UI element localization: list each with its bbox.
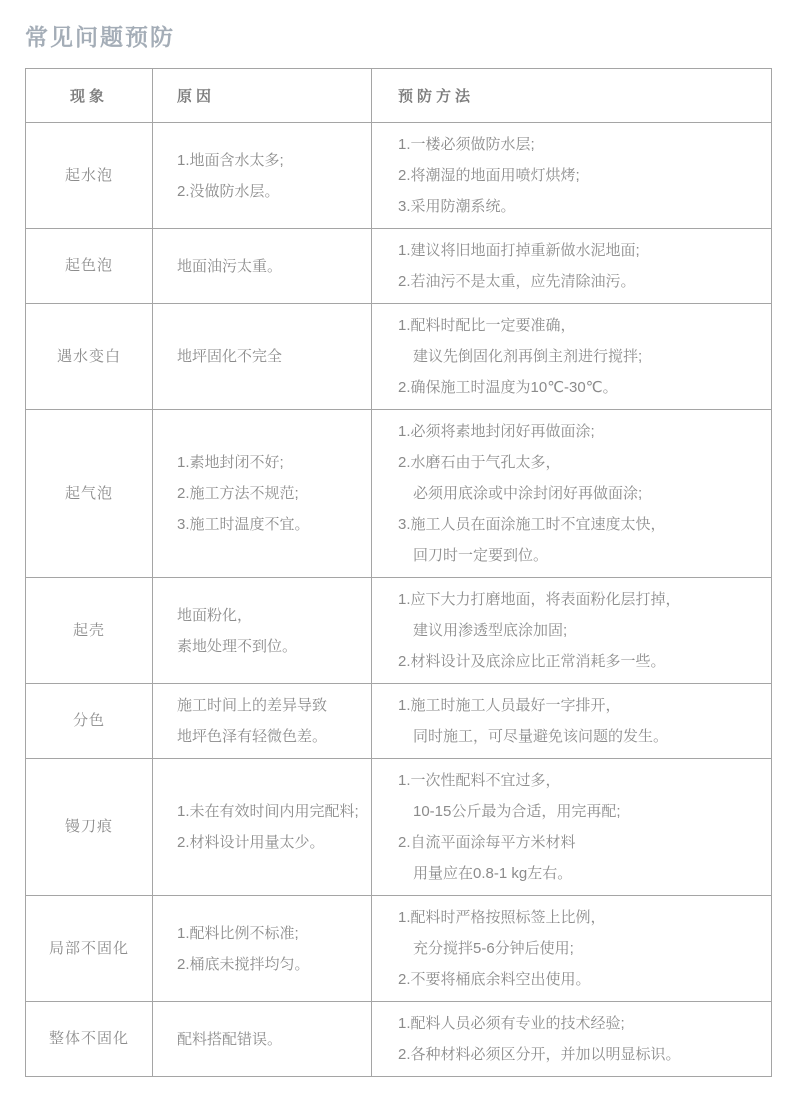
cause-cell: 1.未在有效时间内用完配料;2.材料设计用量太少。 (153, 759, 372, 896)
prevention-cell: 1.配料人员必须有专业的技术经验;2.各种材料必须区分开，并加以明显标识。 (372, 1002, 772, 1077)
phenomenon-cell: 起水泡 (26, 123, 153, 229)
cause-cell: 地面粉化，素地处理不到位。 (153, 578, 372, 684)
cell-line: 地面粉化， (177, 600, 363, 631)
cell-line: 地坪色泽有轻微色差。 (177, 721, 363, 752)
cell-line: 1.应下大力打磨地面，将表面粉化层打掉， (398, 584, 763, 615)
table-row: 遇水变白 地坪固化不完全 1.配料时配比一定要准确， 建议先倒固化剂再倒主剂进行… (26, 304, 772, 410)
prevention-cell: 1.一楼必须做防水层;2.将潮湿的地面用喷灯烘烤;3.采用防潮系统。 (372, 123, 772, 229)
cell-line: 必须用底涂或中涂封闭好再做面涂; (398, 478, 763, 509)
cause-cell: 地坪固化不完全 (153, 304, 372, 410)
cause-cell: 地面油污太重。 (153, 229, 372, 304)
cell-line: 施工时间上的差异导致 (177, 690, 363, 721)
document-page: 常见问题预防 现象 原因 预防方法 起水泡 1.地面含水太多;2.没做防水层。 … (0, 0, 790, 1097)
cell-line: 2.自流平面涂每平方米材料 (398, 827, 763, 858)
table-row: 分色 施工时间上的差异导致地坪色泽有轻微色差。 1.施工时施工人员最好一字排开，… (26, 684, 772, 759)
phenomenon-cell: 分色 (26, 684, 153, 759)
cell-line: 回刀时一定要到位。 (398, 540, 763, 571)
prevention-cell: 1.一次性配料不宜过多， 10-15公斤最为合适，用完再配;2.自流平面涂每平方… (372, 759, 772, 896)
cause-cell: 1.配料比例不标准;2.桶底未搅拌均匀。 (153, 896, 372, 1002)
cell-line: 地面油污太重。 (177, 251, 363, 282)
cell-line: 3.施工时温度不宜。 (177, 509, 363, 540)
cell-line: 2.若油污不是太重，应先清除油污。 (398, 266, 763, 297)
cell-line: 用量应在0.8-1 kg左右。 (398, 858, 763, 889)
cell-line: 2.材料设计用量太少。 (177, 827, 363, 858)
table-row: 起水泡 1.地面含水太多;2.没做防水层。 1.一楼必须做防水层;2.将潮湿的地… (26, 123, 772, 229)
prevention-cell: 1.配料时配比一定要准确， 建议先倒固化剂再倒主剂进行搅拌;2.确保施工时温度为… (372, 304, 772, 410)
cell-line: 10-15公斤最为合适，用完再配; (398, 796, 763, 827)
col-header-prevention: 预防方法 (372, 69, 772, 123)
cell-line: 1.施工时施工人员最好一字排开， (398, 690, 763, 721)
phenomenon-cell: 镘刀痕 (26, 759, 153, 896)
table-row: 整体不固化 配料搭配错误。 1.配料人员必须有专业的技术经验;2.各种材料必须区… (26, 1002, 772, 1077)
cell-line: 2.材料设计及底涂应比正常消耗多一些。 (398, 646, 763, 677)
page-title: 常见问题预防 (25, 24, 772, 51)
cell-line: 1.一次性配料不宜过多， (398, 765, 763, 796)
cell-line: 2.水磨石由于气孔太多， (398, 447, 763, 478)
cell-line: 1.未在有效时间内用完配料; (177, 796, 363, 827)
phenomenon-cell: 整体不固化 (26, 1002, 153, 1077)
cell-line: 2.施工方法不规范; (177, 478, 363, 509)
phenomenon-cell: 遇水变白 (26, 304, 153, 410)
cell-line: 配料搭配错误。 (177, 1024, 363, 1055)
cell-line: 2.不要将桶底余料空出使用。 (398, 964, 763, 995)
cause-cell: 1.地面含水太多;2.没做防水层。 (153, 123, 372, 229)
table-row: 起气泡 1.素地封闭不好;2.施工方法不规范;3.施工时温度不宜。 1.必须将素… (26, 410, 772, 578)
cell-line: 地坪固化不完全 (177, 341, 363, 372)
cell-line: 同时施工，可尽量避免该问题的发生。 (398, 721, 763, 752)
cell-line: 1.一楼必须做防水层; (398, 129, 763, 160)
table-row: 局部不固化 1.配料比例不标准;2.桶底未搅拌均匀。 1.配料时严格按照标签上比… (26, 896, 772, 1002)
cell-line: 1.地面含水太多; (177, 145, 363, 176)
cell-line: 1.配料人员必须有专业的技术经验; (398, 1008, 763, 1039)
cell-line: 1.配料时配比一定要准确， (398, 310, 763, 341)
cell-line: 2.各种材料必须区分开，并加以明显标识。 (398, 1039, 763, 1070)
col-header-cause: 原因 (153, 69, 372, 123)
prevention-cell: 1.配料时严格按照标签上比例， 充分搅拌5-6分钟后使用;2.不要将桶底余料空出… (372, 896, 772, 1002)
cell-line: 建议先倒固化剂再倒主剂进行搅拌; (398, 341, 763, 372)
cell-line: 1.建议将旧地面打掉重新做水泥地面; (398, 235, 763, 266)
prevention-cell: 1.建议将旧地面打掉重新做水泥地面;2.若油污不是太重，应先清除油污。 (372, 229, 772, 304)
cell-line: 3.采用防潮系统。 (398, 191, 763, 222)
cause-cell: 1.素地封闭不好;2.施工方法不规范;3.施工时温度不宜。 (153, 410, 372, 578)
table-row: 起色泡 地面油污太重。 1.建议将旧地面打掉重新做水泥地面;2.若油污不是太重，… (26, 229, 772, 304)
prevention-cell: 1.必须将素地封闭好再做面涂;2.水磨石由于气孔太多， 必须用底涂或中涂封闭好再… (372, 410, 772, 578)
cell-line: 1.素地封闭不好; (177, 447, 363, 478)
phenomenon-cell: 局部不固化 (26, 896, 153, 1002)
table-header-row: 现象 原因 预防方法 (26, 69, 772, 123)
cell-line: 2.桶底未搅拌均匀。 (177, 949, 363, 980)
cell-line: 素地处理不到位。 (177, 631, 363, 662)
cell-line: 2.将潮湿的地面用喷灯烘烤; (398, 160, 763, 191)
cell-line: 建议用渗透型底涂加固; (398, 615, 763, 646)
faq-prevention-table: 现象 原因 预防方法 起水泡 1.地面含水太多;2.没做防水层。 1.一楼必须做… (25, 68, 772, 1077)
cause-cell: 配料搭配错误。 (153, 1002, 372, 1077)
prevention-cell: 1.施工时施工人员最好一字排开， 同时施工，可尽量避免该问题的发生。 (372, 684, 772, 759)
phenomenon-cell: 起气泡 (26, 410, 153, 578)
table-row: 镘刀痕 1.未在有效时间内用完配料;2.材料设计用量太少。 1.一次性配料不宜过… (26, 759, 772, 896)
cell-line: 1.配料比例不标准; (177, 918, 363, 949)
prevention-cell: 1.应下大力打磨地面，将表面粉化层打掉， 建议用渗透型底涂加固;2.材料设计及底… (372, 578, 772, 684)
phenomenon-cell: 起壳 (26, 578, 153, 684)
cell-line: 2.没做防水层。 (177, 176, 363, 207)
cause-cell: 施工时间上的差异导致地坪色泽有轻微色差。 (153, 684, 372, 759)
cell-line: 1.配料时严格按照标签上比例， (398, 902, 763, 933)
col-header-phenomenon: 现象 (26, 69, 153, 123)
cell-line: 1.必须将素地封闭好再做面涂; (398, 416, 763, 447)
cell-line: 2.确保施工时温度为10℃-30℃。 (398, 372, 763, 403)
phenomenon-cell: 起色泡 (26, 229, 153, 304)
cell-line: 充分搅拌5-6分钟后使用; (398, 933, 763, 964)
table-row: 起壳 地面粉化，素地处理不到位。 1.应下大力打磨地面，将表面粉化层打掉， 建议… (26, 578, 772, 684)
cell-line: 3.施工人员在面涂施工时不宜速度太快， (398, 509, 763, 540)
